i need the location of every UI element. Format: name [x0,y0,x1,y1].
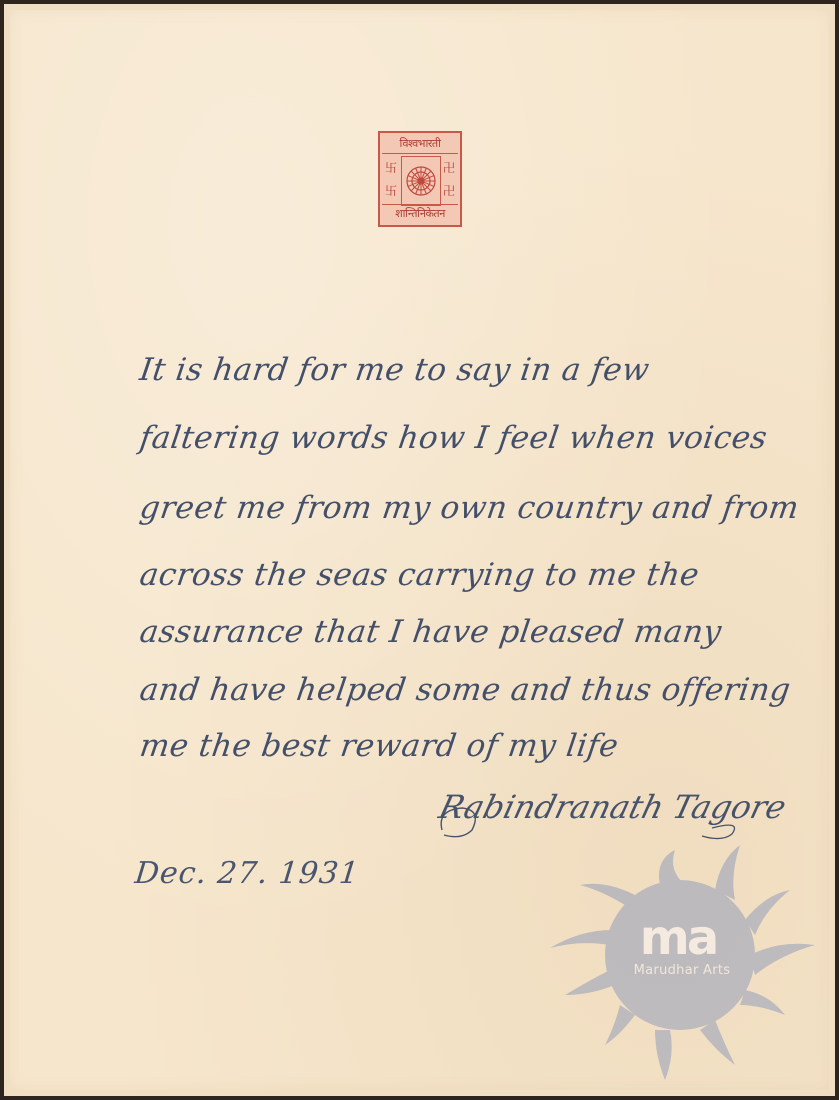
seal-bottom-text: शान्तिनिकेतन [382,204,458,223]
watermark-logo: ma [628,918,728,958]
letter-line: across the seas carrying to me the [137,557,701,593]
letter-date: Dec. 27. 1931 [133,856,361,891]
lotus-emblem-icon [401,156,441,206]
letter-line: greet me from my own country and from [137,490,801,526]
watermark-name: Marudhar Arts [612,963,752,978]
seal-left-symbols: 卐 卐 [384,157,398,203]
letter-line: and have helped some and thus offering [137,672,792,708]
seal-right-symbols: 卍 卍 [442,157,456,203]
letter-line: It is hard for me to say in a few [137,352,651,388]
seal-top-text: विश्वभारती [382,135,458,154]
visva-bharati-seal: विश्वभारती 卐 卐 卍 卍 शान्तिनिकेतन [378,131,462,227]
letter-line: me the best reward of my life [137,728,620,764]
letter-line: faltering words how I feel when voices [137,420,769,456]
letter-line: assurance that I have pleased many [137,614,724,650]
